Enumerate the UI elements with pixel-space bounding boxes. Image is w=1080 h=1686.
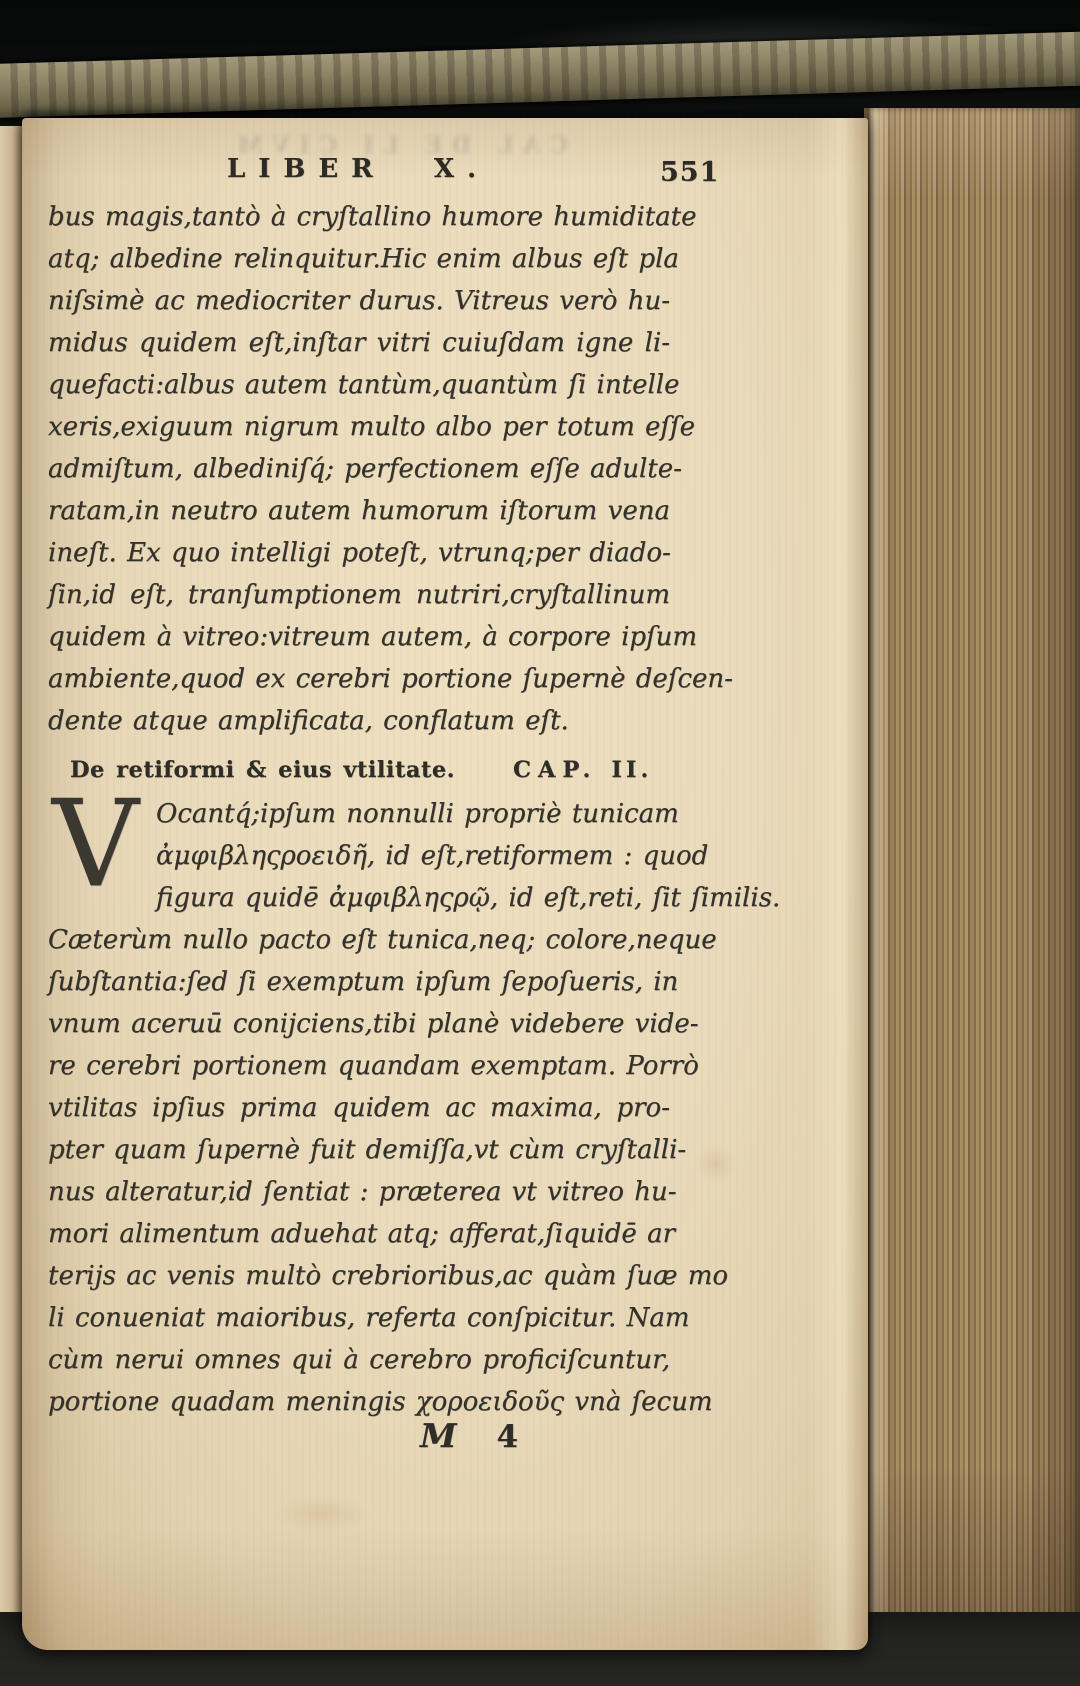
body-line: nus alteratur,id ſentiat : præterea vt v… (48, 1171, 670, 1213)
signature-number: 4 (497, 1419, 519, 1455)
page-number: 551 (660, 157, 719, 188)
body-line: quidem à vitreo:vitreum autem, à corpore… (48, 616, 670, 658)
paragraph-2: V Ocantq́;ipſum nonnulli propriè tunicam… (48, 793, 670, 1423)
body-line: ineſt. Ex quo intelligi poteſt, vtrunq;p… (48, 532, 670, 574)
body-line: admiſtum, albediniſq́; perfectionem eſſe… (48, 448, 670, 490)
body-line: mori alimentum aduehat atq; afferat,ſiqu… (48, 1213, 670, 1255)
body-line: ambiente,quod ex cerebri portione ſupern… (48, 658, 670, 700)
body-line: ſubſtantia:ſed ſi exemptum ipſum ſepoſue… (48, 961, 670, 1003)
drop-cap: V (52, 801, 148, 887)
body-line: vnum aceruū conijciens,tibi planè videbe… (48, 1003, 670, 1045)
body-line: pter quam ſupernè fuit demiſſa,vt cùm cr… (48, 1129, 670, 1171)
signature-mark: M 4 (420, 1416, 518, 1455)
body-line: dente atque amplificata, conflatum eſt. (48, 700, 670, 742)
chapter-cap-label: CAP. (513, 749, 597, 791)
body-line: portione quadam meningis χοροειδοῦς vnà … (48, 1381, 670, 1423)
body-line: re cerebri portionem quandam exemptam. P… (48, 1045, 670, 1087)
body-line: bus magis,tantò à cryſtallino humore hum… (48, 196, 670, 238)
fore-edge-page-stack (864, 108, 1080, 1652)
chapter-heading: De retiformi & eius vtilitate. CAP. II. (48, 747, 670, 793)
body-line: cùm nerui omnes qui à cerebro proficiſcu… (48, 1339, 670, 1381)
running-title: LIBER X. (78, 154, 638, 184)
body-line: niſsimè ac mediocriter durus. Vitreus ve… (48, 280, 670, 322)
body-line: quefacti:albus autem tantùm,quantùm ſi i… (48, 364, 670, 406)
body-line: terijs ac venis multò crebrioribus,ac qu… (48, 1255, 670, 1297)
chapter-title: De retiformi & eius vtilitate. (48, 749, 455, 791)
body-line: atq; albedine relinquitur.Hic enim albus… (48, 238, 670, 280)
running-head: LIBER X. 551 (48, 154, 708, 194)
body-line: Cæterùm nullo pacto eſt tunica,neq; colo… (48, 919, 670, 961)
body-line: ratam,in neutro autem humorum iſtorum ve… (48, 490, 670, 532)
signature-letter: M (420, 1416, 457, 1455)
body-line: vtilitas ipſius prima quidem ac maxima, … (48, 1087, 670, 1129)
body-line: midus quidem eſt,inſtar vitri cuiuſdam i… (48, 322, 670, 364)
book-page: CAL DE LI CIVM LIBER X. 551 bus magis,ta… (22, 118, 868, 1650)
chapter-number: II. (611, 749, 652, 791)
text-block: bus magis,tantò à cryſtallino humore hum… (48, 196, 670, 1423)
body-line: xeris,exiguum nigrum multo albo per totu… (48, 406, 670, 448)
body-line: ſin,id eſt, tranſumptionem nutriri,cryſt… (48, 574, 670, 616)
body-line: li conueniat maioribus, referta conſpici… (48, 1297, 670, 1339)
